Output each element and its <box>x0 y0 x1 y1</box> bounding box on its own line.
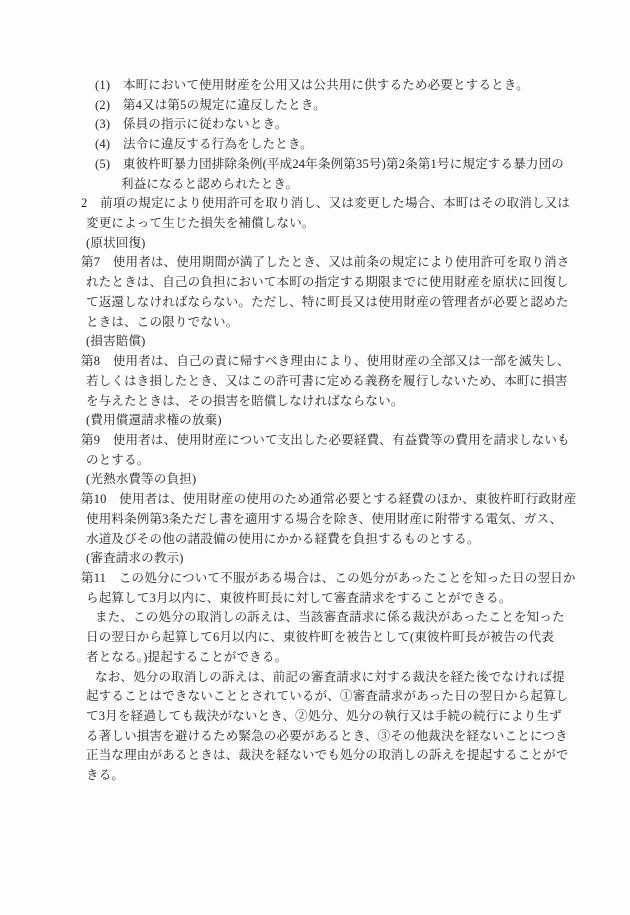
doc-line: 若しくはき損したとき、又はこの許可書に定める義務を履行しないため、本町に損害 <box>81 372 621 392</box>
doc-line: また、この処分の取消しの訴えは、当該審査請求に係る裁決があったことを知った <box>81 608 621 628</box>
doc-line: 使用料条例第3条ただし書を適用する場合を除き、使用財産に附帯する電気、ガス、 <box>81 510 621 530</box>
doc-line: (費用償還請求権の放棄) <box>81 411 621 431</box>
document-text-block: (1) 本町において使用財産を公用又は公共用に供するため必要とするとき。 (2)… <box>81 76 621 786</box>
doc-line: 水道及びその他の諸設備の使用にかかる経費を負担するものとする。 <box>81 530 621 550</box>
doc-line: 変更によって生じた損失を補償しない。 <box>81 214 621 234</box>
doc-line: のとする。 <box>81 451 621 471</box>
doc-line: て返還しなければならない。ただし、特に町長又は使用財産の管理者が必要と認めた <box>81 293 621 313</box>
doc-line: を与えたときは、その損害を賠償しなければならない。 <box>81 392 621 412</box>
doc-line: (2) 第4又は第5の規定に違反したとき。 <box>81 96 621 116</box>
doc-line: 第7 使用者は、使用期間が満了したとき、又は前条の規定により使用許可を取り消さ <box>81 253 621 273</box>
doc-line: (4) 法令に違反する行為をしたとき。 <box>81 135 621 155</box>
doc-line: (1) 本町において使用財産を公用又は公共用に供するため必要とするとき。 <box>81 76 621 96</box>
doc-line: なお、処分の取消しの訴えは、前記の審査請求に対する裁決を経た後でなければ提 <box>81 668 621 688</box>
document-page: (1) 本町において使用財産を公用又は公共用に供するため必要とするとき。 (2)… <box>0 0 630 915</box>
doc-line: 第9 使用者は、使用財産について支出した必要経費、有益費等の費用を請求しないも <box>81 431 621 451</box>
doc-line: 第11 この処分について不服がある場合は、この処分があったことを知った日の翌日か <box>81 569 621 589</box>
doc-line: きる。 <box>81 766 621 786</box>
doc-line: (損害賠償) <box>81 332 621 352</box>
doc-line: 第8 使用者は、自己の責に帰すべき理由により、使用財産の全部又は一部を滅失し、 <box>81 352 621 372</box>
doc-line: 正当な理由があるときは、裁決を経ないでも処分の取消しの訴えを提起することがで <box>81 746 621 766</box>
doc-line: る著しい損害を避けるため緊急の必要があるとき、③その他裁決を経ないことにつき <box>81 727 621 747</box>
doc-line: (5) 東彼杵町暴力団排除条例(平成24年条例第35号)第2条第1号に規定する暴… <box>81 155 621 175</box>
doc-line: 第10 使用者は、使用財産の使用のため通常必要とする経費のほか、東彼杵町行政財産 <box>81 490 621 510</box>
doc-line: 利益になると認められたとき。 <box>81 175 621 195</box>
doc-line: (3) 係員の指示に従わないとき。 <box>81 115 621 135</box>
doc-line: ら起算して3月以内に、東彼杵町長に対して審査請求をすることができる。 <box>81 589 621 609</box>
doc-line: て3月を経過しても裁決がないとき、②処分、処分の執行又は手続の続行により生ず <box>81 707 621 727</box>
doc-line: 2 前項の規定により使用許可を取り消し、又は変更した場合、本町はその取消し又は <box>81 194 621 214</box>
doc-line: (審査請求の教示) <box>81 549 621 569</box>
doc-line: れたときは、自己の負担において本町の指定する期限までに使用財産を原状に回復し <box>81 273 621 293</box>
doc-line: ときは、この限りでない。 <box>81 313 621 333</box>
doc-line: (原状回復) <box>81 234 621 254</box>
doc-line: 起することはできないこととされているが、①審査請求があった日の翌日から起算し <box>81 687 621 707</box>
doc-line: (光熱水費等の負担) <box>81 470 621 490</box>
doc-line: 日の翌日から起算して6月以内に、東彼杵町を被告として(東彼杵町長が被告の代表 <box>81 628 621 648</box>
doc-line: 者となる。)提起することができる。 <box>81 648 621 668</box>
